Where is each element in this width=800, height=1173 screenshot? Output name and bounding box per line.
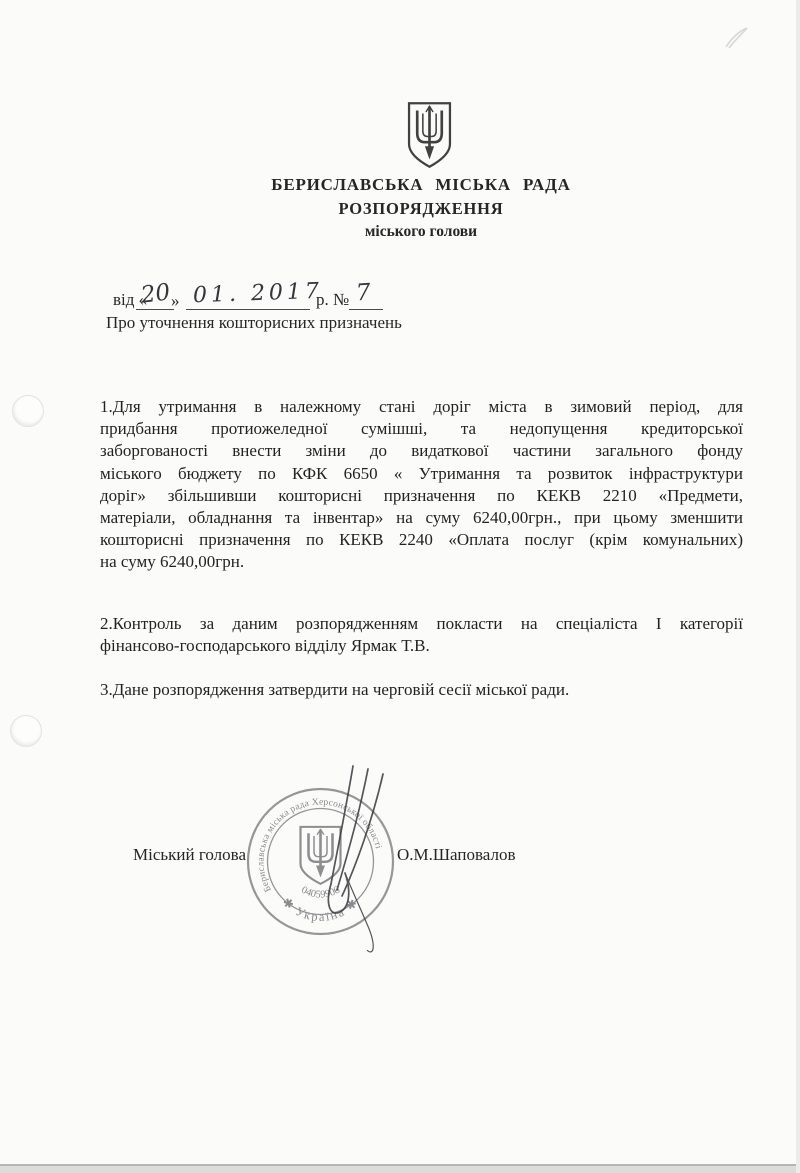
hole-punch-bottom — [10, 715, 42, 747]
stamp-tryzub-trident-icon — [301, 827, 341, 884]
paragraph-line: придбання протиожеледної сумішші, та нед… — [100, 418, 743, 440]
doc-subtitle: міського голови — [40, 224, 800, 240]
scan-right-edge — [796, 0, 800, 1173]
tryzub-trident-icon — [407, 101, 452, 169]
stray-pen-mark — [722, 26, 752, 52]
date-monthyear-handwritten: 01. 2017 — [193, 281, 324, 308]
scan-bottom-edge-strip — [0, 1166, 800, 1173]
paragraph-line: доріг» збільшивши кошторисні призначення… — [100, 485, 743, 507]
paragraph-line: заборгованості внести зміни до видатково… — [100, 440, 743, 462]
blank-underline-date — [186, 308, 310, 310]
paragraph-line: 2.Контроль за даним розпорядженням покла… — [100, 613, 743, 635]
blank-underline-day — [136, 308, 174, 310]
paragraph-line: матеріали, обладнання та інвентар» на су… — [100, 507, 743, 529]
paragraph-line: 3.Дане розпорядження затвердити на черго… — [100, 679, 743, 701]
org-name-title: БЕРИСЛАВСЬКА МІСЬКА РАДА — [40, 176, 800, 193]
scanned-document-page: { "colors": { "ink": "#262626", "handwri… — [0, 0, 800, 1173]
paragraph-1: 1.Для утримання в належному стані доріг … — [100, 396, 743, 574]
paragraph-line: кошторисні призначення по КЕКВ 2240 «Опл… — [100, 529, 743, 551]
document-header: БЕРИСЛАВСЬКА МІСЬКА РАДА РОЗПОРЯДЖЕННЯ м… — [40, 176, 800, 239]
paragraph-2: 2.Контроль за даним розпорядженням покла… — [100, 613, 743, 657]
doc-type-title: РОЗПОРЯДЖЕННЯ — [40, 201, 800, 218]
official-stamp: Бериславська міська рада Херсонської обл… — [240, 760, 476, 970]
paragraph-3: 3.Дане розпорядження затвердити на черго… — [100, 679, 743, 701]
date-year-abbrev: р. — [316, 291, 329, 308]
paragraph-line: 1.Для утримання в належному стані доріг … — [100, 396, 743, 418]
paragraph-line: міського бюджету по КФК 6650 « Утримання… — [100, 463, 743, 485]
svg-text:04059906: 04059906 — [299, 885, 342, 901]
stamp-country-text: ✱ Україна ✱ — [279, 895, 361, 924]
date-day-handwritten: 20 — [140, 281, 172, 307]
stamp-code-text: 04059906 — [299, 885, 342, 901]
svg-text:✱ Україна ✱: ✱ Україна ✱ — [279, 895, 361, 924]
subject-line: Про уточнення кошторисних призначень — [106, 314, 402, 331]
hole-punch-top — [12, 395, 44, 427]
date-close-quote: » — [171, 292, 180, 309]
date-number-handwritten: 7 — [355, 282, 371, 306]
blank-underline-number — [349, 308, 383, 310]
signature-title: Міський голова — [133, 845, 246, 865]
paragraph-line: фінансово-господарського відділу Ярмак Т… — [100, 635, 743, 657]
paragraph-line: на суму 6240,00грн. — [100, 551, 743, 573]
date-number-sign: № — [333, 291, 349, 308]
